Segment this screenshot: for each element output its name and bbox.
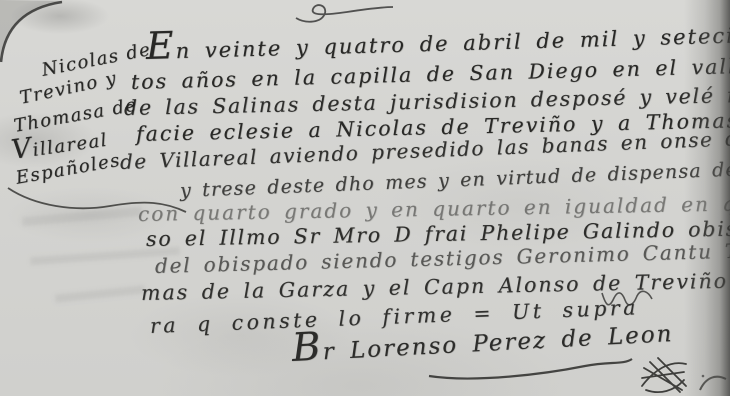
bleedthrough-mark xyxy=(22,207,142,226)
next-entry-fragment xyxy=(696,372,730,394)
manuscript-page: Nicolas de Trevino y Thomasa de Villarea… xyxy=(0,0,730,396)
signature-underline-flourish xyxy=(425,356,637,382)
bleedthrough-mark xyxy=(55,285,145,302)
rubric-flourish xyxy=(636,350,692,396)
paraph-mark-icon xyxy=(292,0,397,26)
